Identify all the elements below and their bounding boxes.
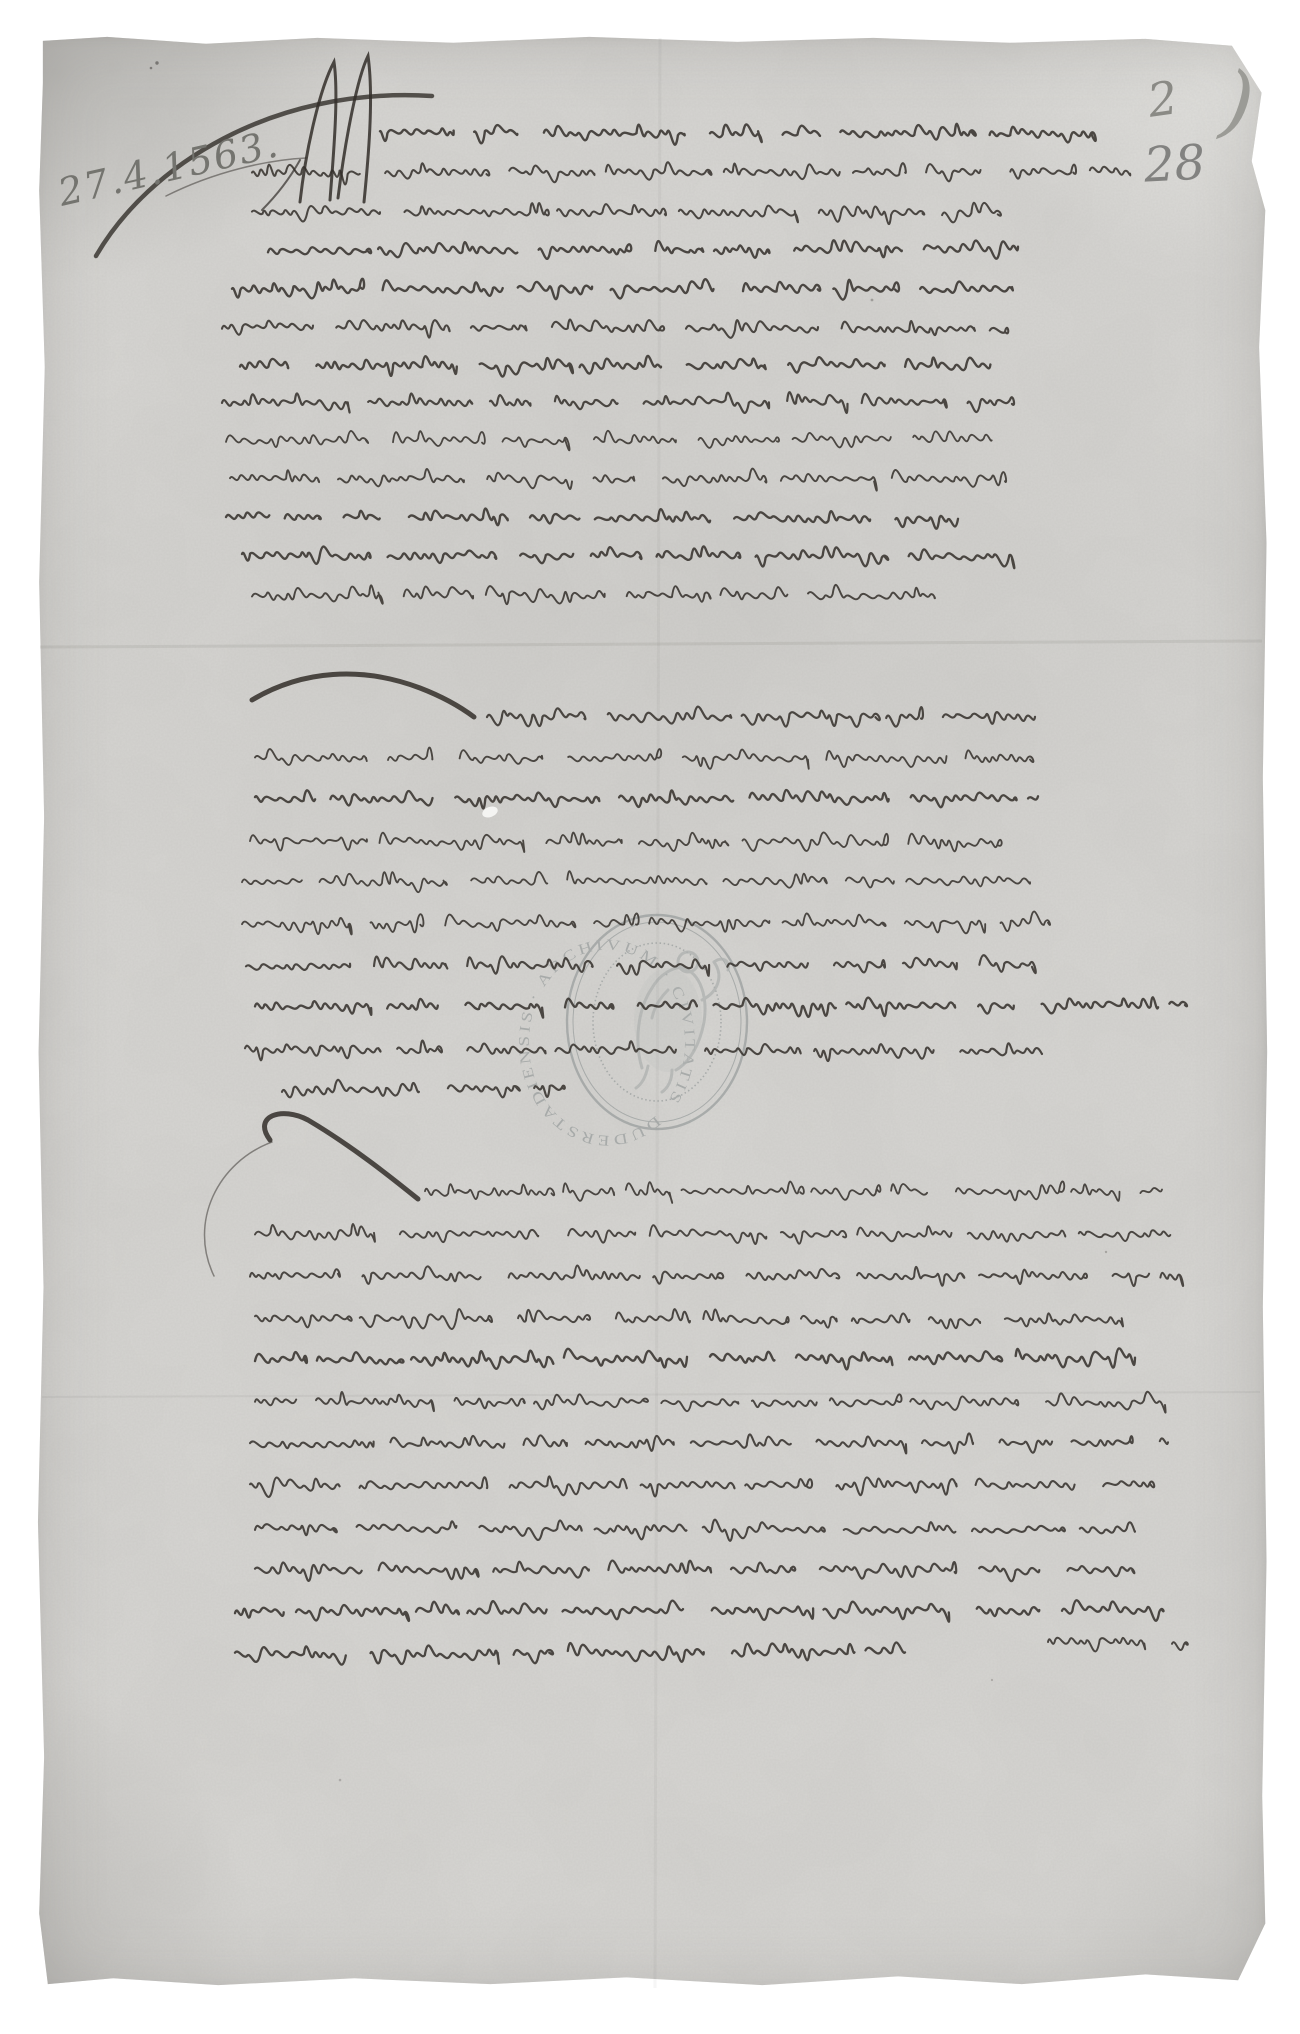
paragraph3-swash-tail	[205, 1142, 273, 1276]
handwriting-line	[242, 871, 1030, 892]
handwriting-line	[230, 469, 1006, 491]
paragraph-1	[222, 124, 1130, 604]
folio-number-annotation: 28	[1143, 134, 1207, 193]
handwriting-body	[222, 124, 1188, 1665]
handwriting-line	[255, 1348, 1135, 1369]
handwriting-line	[250, 1476, 1154, 1497]
handwriting-line	[250, 832, 1002, 852]
manuscript-artwork: DUDERSTADIENSIS · ARCHIVUM · CIVITATIS	[0, 0, 1300, 2034]
handwriting-line	[250, 1266, 1183, 1286]
handwriting-line	[222, 392, 1014, 413]
handwriting-line	[255, 1561, 1134, 1582]
handwriting-line	[1048, 1638, 1188, 1652]
handwriting-line	[255, 1224, 1170, 1244]
paragraph3-swash	[265, 1114, 418, 1199]
handwriting-line	[255, 790, 1038, 808]
handwriting-line	[268, 240, 1018, 259]
handwriting-line	[252, 203, 1001, 224]
handwriting-line	[252, 585, 935, 604]
handwriting-line	[255, 748, 1033, 769]
handwriting-line	[226, 431, 992, 451]
handwriting-line	[240, 356, 990, 377]
handwriting-line	[255, 1309, 1123, 1329]
handwriting-line	[282, 1080, 565, 1098]
handwriting-line	[235, 1642, 905, 1664]
paragraph-3	[235, 1181, 1188, 1664]
handwriting-line	[487, 707, 1035, 727]
handwriting-line	[252, 162, 1130, 184]
handwriting-line	[242, 546, 1014, 568]
flourishes	[96, 56, 474, 1276]
handwriting-line	[226, 508, 958, 528]
handwriting-line	[235, 1600, 1164, 1621]
paragraph2-swash	[252, 674, 474, 717]
paragraph-2	[242, 707, 1187, 1098]
handwriting-line	[222, 320, 1008, 338]
handwriting-line	[250, 1433, 1168, 1453]
handwriting-line	[255, 1520, 1135, 1541]
handwriting-line	[425, 1181, 1162, 1203]
handwriting-line	[232, 279, 1013, 300]
initial-m-stroke	[300, 62, 336, 202]
document-scan: DUDERSTADIENSIS · ARCHIVUM · CIVITATIS	[0, 0, 1300, 2034]
handwriting-line	[255, 997, 1187, 1017]
handwriting-line	[380, 124, 1096, 145]
archive-stamp: DUDERSTADIENSIS · ARCHIVUM · CIVITATIS	[517, 915, 747, 1148]
